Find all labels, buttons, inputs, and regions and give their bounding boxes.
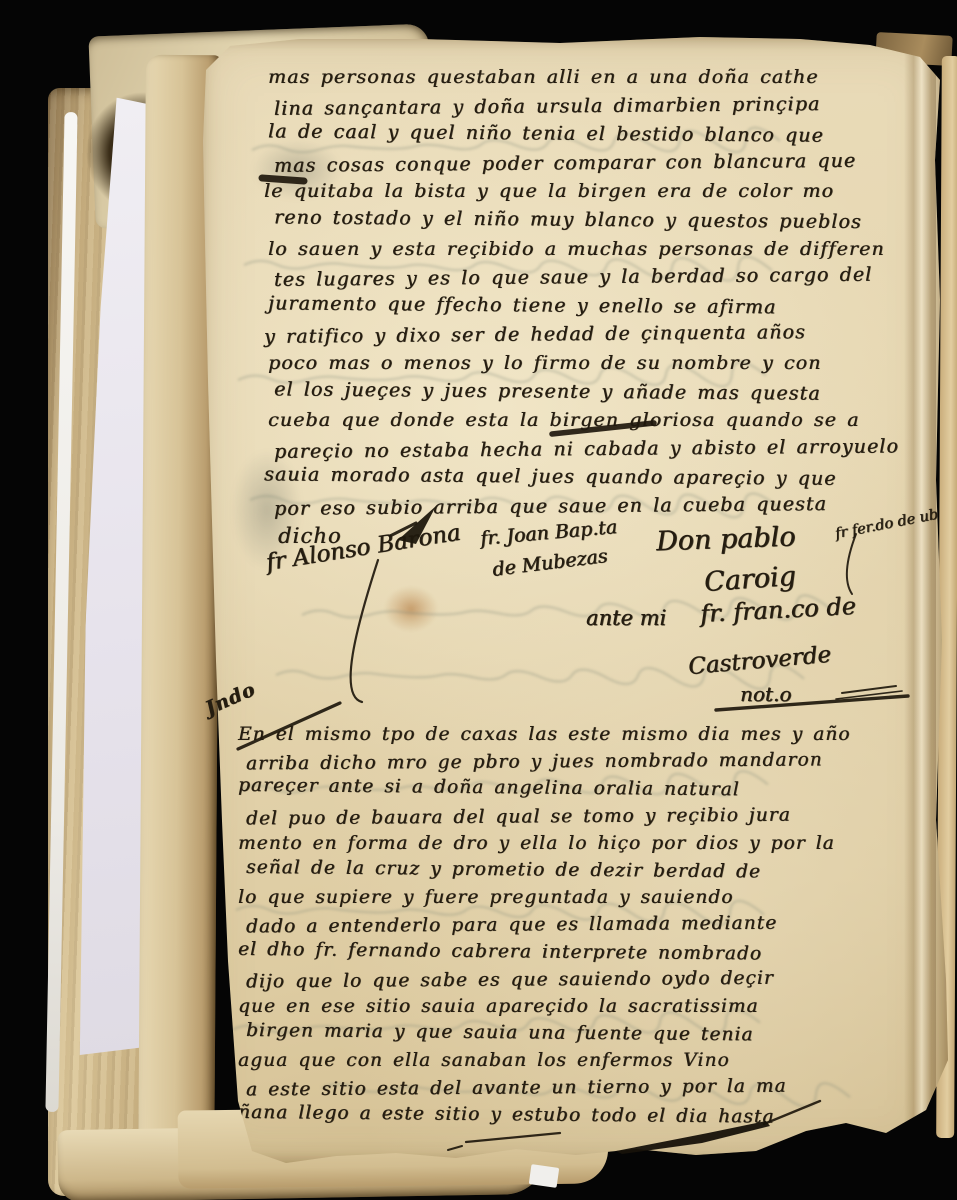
notary-title: not.o xyxy=(740,682,791,706)
manuscript-line: del puo de bauara del qual se tomo y reç… xyxy=(246,803,942,835)
testimony-block-1: mas personas questaban alli en a una doñ… xyxy=(268,66,932,552)
manuscript-line: lo que supiere y fuere preguntada y saui… xyxy=(238,887,942,914)
manuscript-line: y ratifico y dixo ser de hedad de çinque… xyxy=(264,320,932,354)
signature-don-pablo-line1: Don pablo xyxy=(656,522,796,558)
manuscript-line: ñana llego a este sitio y estubo todo el… xyxy=(238,1102,942,1135)
manuscript-line: señal de la cruz y prometio de dezir ber… xyxy=(246,857,942,890)
manuscript-line: reno tostado y el niño muy blanco y ques… xyxy=(274,206,932,240)
manuscript-line: En el mismo tpo de caxas las este mismo … xyxy=(238,724,942,751)
manuscript-line: el los jueçes y jues presente y añade ma… xyxy=(274,378,932,412)
manuscript-line: que en ese sitio sauia apareçido la sacr… xyxy=(238,996,942,1023)
testimony-block-2: En el mismo tpo de caxas las este mismo … xyxy=(238,724,942,1132)
manuscript-line: mas cosas conque poder comparar con blan… xyxy=(274,149,932,183)
manuscript-line: agua que con ella sanaban los enfermos V… xyxy=(238,1050,942,1077)
ante-mi-label: ante mi xyxy=(586,606,666,630)
manuscript-line: cueba que donde esta la birgen gloriosa … xyxy=(268,409,932,438)
manuscript-line: mas personas questaban alli en a una doñ… xyxy=(268,66,932,95)
signature-don-pablo-line2: Caroig xyxy=(703,561,797,598)
manuscript-line: mento en forma de dro y ella lo hiço por… xyxy=(238,833,942,860)
manuscript-page: mas personas questaban alli en a una doñ… xyxy=(192,30,950,1172)
manuscript-line: poco mas o menos y lo firmo de su nombre… xyxy=(268,352,932,381)
manuscript-line: lo sauen y esta reçibido a muchas person… xyxy=(268,238,932,267)
manuscript-photo: mas personas questaban alli en a una doñ… xyxy=(0,0,957,1200)
paper-tab-bottom xyxy=(529,1164,560,1188)
manuscript-line: le quitaba la bista y que la birgen era … xyxy=(264,180,932,209)
manuscript-line: dijo que lo que sabe es que sauiendo oyd… xyxy=(246,966,942,998)
manuscript-line: birgen maria y que sauia una fuente que … xyxy=(246,1020,942,1053)
